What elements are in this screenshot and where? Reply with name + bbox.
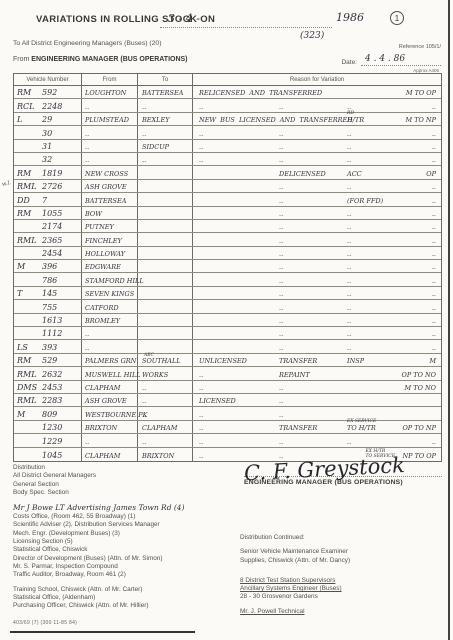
from-garage: .. [85, 103, 89, 111]
reason-text: .. [279, 210, 283, 218]
reason-text: .. [279, 250, 283, 258]
distribution-line: 28 - 30 Grosvenor Gardens [240, 593, 450, 601]
reason-text: .. [279, 438, 283, 446]
reason-text: UNLICENSED [199, 357, 247, 365]
col-header-vehicle-number: Vehicle Number [14, 74, 82, 85]
distribution-line: General Section [13, 481, 239, 489]
vehicle-number: 396 [42, 262, 57, 271]
table-row: 2174PUTNEY...... [14, 220, 441, 233]
status-code: .. [432, 237, 436, 245]
vehicle-class-prefix: RML [17, 182, 37, 191]
table-row: RCL2248............ [14, 99, 441, 112]
to-garage: .. [142, 397, 146, 405]
status-code: M TO NP [405, 116, 436, 124]
vehicle-number: 30 [42, 129, 52, 138]
from-garage: EDGWARE [85, 263, 121, 271]
reason-text: .. [347, 103, 351, 111]
status-code: .. [432, 130, 436, 138]
reason-text: .. [279, 103, 283, 111]
table-row: LS393........ [14, 340, 441, 353]
distribution-line: Licensing Section (5) [13, 538, 239, 546]
from-garage: .. [85, 330, 89, 338]
status-code: .. [432, 143, 436, 151]
reason-text: .. [347, 263, 351, 271]
vehicle-class-prefix: LS [17, 343, 28, 352]
to-garage: BATTERSEA [142, 89, 183, 97]
table-row: RML2365FINCHLEY...... [14, 233, 441, 246]
reason-text: .. [279, 330, 283, 338]
vehicle-number: 145 [42, 289, 57, 298]
col-header-to: To [138, 74, 193, 85]
reason-text: .. [279, 384, 283, 392]
reason-text: .. [199, 384, 203, 392]
to-garage: SIDCUP [142, 143, 169, 151]
vehicle-class-prefix: M [17, 262, 25, 271]
vehicle-number: 755 [42, 303, 57, 312]
reference-label: Reference 105/1/ [399, 44, 441, 50]
vehicle-number: 1613 [42, 316, 62, 325]
distribution-line: Mr J Bowe LT Advertising James Town Rd (… [13, 503, 239, 513]
reason-text: .. [279, 411, 283, 419]
vehicle-class-prefix: M [17, 410, 25, 419]
distribution-line: Purchasing Officer, Chiswick (Attn. of M… [13, 602, 239, 610]
reason-text: TRANSFER [279, 357, 317, 365]
distribution-line: All District General Managers [13, 472, 239, 480]
reason-text: .. [347, 183, 351, 191]
status-code: .. [432, 250, 436, 258]
reason-text: .. [279, 197, 283, 205]
distribution-line: Ancillary Systems Engineer (Buses) [240, 585, 450, 593]
status-code: .. [432, 317, 436, 325]
to-garage: BEXLEY [142, 116, 170, 124]
reason-text: .. [279, 223, 283, 231]
table-row: 755CATFORD...... [14, 300, 441, 313]
reason-text: .. [347, 304, 351, 312]
reason-text: .. [279, 304, 283, 312]
vehicle-number: 2726 [42, 182, 62, 191]
table-row: 1112........ [14, 327, 441, 340]
distribution-line: Distribution Continued: [240, 534, 450, 542]
reason-text: TO H/TR [347, 424, 376, 432]
status-code: .. [432, 344, 436, 352]
reason-text: .. [347, 156, 351, 164]
distribution-line: Training School, Chiswick (Attn. of Mr. … [13, 586, 239, 594]
table-row: 31..SIDCUP........ [14, 140, 441, 153]
vehicle-class-prefix: RM [17, 169, 31, 178]
vehicle-number: 2365 [42, 236, 62, 245]
from-garage: SEVEN KINGS [85, 290, 134, 298]
vehicle-class-prefix: RML [17, 236, 37, 245]
from-garage: STAMFORD HILL [85, 277, 144, 285]
to-garage: CLAPHAM [142, 424, 177, 432]
vehicle-class-prefix: RML [17, 370, 37, 379]
scanned-memo-page: VARIATIONS IN ROLLING STOCK ON 3 - 4 - 1… [0, 0, 453, 640]
status-code: .. [432, 223, 436, 231]
distribution-line: Statistical Office, (Aldenham) [13, 594, 239, 602]
reason-text: .. [279, 156, 283, 164]
reason-text: .. [279, 317, 283, 325]
reason-text: .. [279, 183, 283, 191]
table-row: 30............ [14, 126, 441, 139]
status-code: OP [426, 170, 436, 178]
vehicle-number: 29 [42, 115, 52, 124]
distribution-line: Costs Office, (Room 462, 55 Broadway) (1… [13, 513, 239, 521]
reason-text: .. [279, 290, 283, 298]
to-garage: .. [142, 156, 146, 164]
table-row: RM1055BOW...... [14, 207, 441, 220]
reason-text: TRANSFER [279, 424, 317, 432]
vehicle-class-prefix: T [17, 289, 22, 298]
vehicle-class-prefix: DD [17, 196, 30, 205]
col-header-from: From [82, 74, 138, 85]
from-label: From [13, 56, 29, 63]
from-garage: CLAPHAM [85, 384, 120, 392]
reason-text: .. [347, 330, 351, 338]
vehicle-class-prefix: RML [17, 396, 37, 405]
from-garage: .. [85, 438, 89, 446]
date-line: Date: 4 . 4 . 86 [341, 54, 441, 66]
reason-text: .. [199, 438, 203, 446]
table-body: RM592LOUGHTONBATTERSEARELICENSED AND TRA… [14, 86, 441, 461]
form-number: 403/69 (7) (300 11-85 84) [13, 620, 77, 626]
reason-text: .. [279, 344, 283, 352]
scan-edge [10, 631, 195, 633]
table-row: L29PLUMSTEADBEXLEYNEW BUS LICENSED AND T… [14, 113, 441, 126]
distribution-line: Mr. S. Parmar, Inspection Compound [13, 563, 239, 571]
vehicle-class-prefix: RM [17, 356, 31, 365]
table-row: 32............ [14, 153, 441, 166]
table-row: RML2283ASH GROVE..LICENSED.. [14, 394, 441, 407]
table-row: RM1819NEW CROSSDELICENSEDACCOP [14, 166, 441, 179]
vehicle-class-prefix: RCL [17, 102, 34, 111]
vehicle-class-prefix: RM [17, 209, 31, 218]
reason-text: .. [199, 411, 203, 419]
to-garage: SOUTHALL [142, 357, 181, 365]
reason-text: .. [347, 317, 351, 325]
reason-text: .. [199, 130, 203, 138]
vehicle-number: 1819 [42, 169, 62, 178]
distribution-line: Distribution [13, 464, 239, 472]
vehicle-number: 2283 [42, 396, 62, 405]
margin-note: w.l. [1, 180, 11, 188]
vehicle-number: 7 [42, 196, 47, 205]
reason-text: REPAINT [279, 371, 310, 379]
distribution-line: Senior Vehicle Maintenance Examiner [240, 548, 450, 556]
table-row: T145SEVEN KINGS...... [14, 287, 441, 300]
table-row: M809WESTBOURNE PK...... [14, 407, 441, 420]
status-code: .. [432, 210, 436, 218]
distribution-line: Director of Development (Buses) (Attn. o… [13, 555, 239, 563]
from-garage: PALMERS GRN [85, 357, 136, 365]
status-code: .. [432, 103, 436, 111]
status-code: .. [432, 290, 436, 298]
from-garage: .. [85, 156, 89, 164]
to-garage: BRIXTON [142, 452, 174, 460]
to-garage: WORKS [142, 371, 168, 379]
from-garage: CLAPHAM [85, 452, 120, 460]
from-garage: MUSWELL HILL [85, 371, 141, 379]
reason-text: .. [199, 103, 203, 111]
vehicle-number: 32 [42, 155, 52, 164]
vehicle-number: 1230 [42, 423, 62, 432]
reason-text: .. [199, 371, 203, 379]
from-line: From ENGINEERING MANAGER (BUS OPERATIONS… [13, 56, 188, 63]
reason-text: (FOR FFD) [347, 197, 383, 205]
table-row: DD7BATTERSEA..(FOR FFD).. [14, 193, 441, 206]
signature-block: C. F. Greystock ENGINEERING MANAGER (BUS… [244, 456, 449, 486]
from-garage: ASH GROVE [85, 183, 127, 191]
status-code: .. [432, 183, 436, 191]
col-header-reason: Reason for Variation [193, 74, 441, 85]
status-code: .. [432, 277, 436, 285]
reason-text: .. [279, 397, 283, 405]
from-garage: .. [85, 143, 89, 151]
vehicle-class-prefix: RM [17, 88, 31, 97]
distribution-line: Statistical Office, Chiswick [13, 546, 239, 554]
reason-annotation: EX SERVICE [347, 420, 376, 425]
reason-text: .. [347, 438, 351, 446]
vehicle-number: 1229 [42, 437, 62, 446]
reason-text: .. [347, 210, 351, 218]
table-row: 1229............ [14, 434, 441, 447]
distribution-line: Body Spec. Section [13, 489, 239, 497]
from-garage: PUTNEY [85, 223, 114, 231]
distribution-line: 8 District Test Station Supervisors [240, 577, 450, 585]
vehicle-class-prefix: L [17, 115, 22, 124]
distribution-right-column: Distribution Continued:Senior Vehicle Ma… [240, 534, 450, 616]
reason-text: INSP [347, 357, 364, 365]
distribution-left-column: DistributionAll District General Manager… [13, 464, 239, 610]
table-row: RM592LOUGHTONBATTERSEARELICENSED AND TRA… [14, 86, 441, 99]
status-code: .. [432, 197, 436, 205]
to-garage: .. [142, 438, 146, 446]
from-garage: .. [85, 130, 89, 138]
reason-text: .. [199, 156, 203, 164]
distribution-line: Traffic Auditor, Broadway, Room 461 (2) [13, 571, 239, 579]
from-garage: BROMLEY [85, 317, 120, 325]
vehicle-number: 1045 [42, 451, 62, 460]
reason-text: .. [347, 344, 351, 352]
vehicle-number: 592 [42, 88, 57, 97]
date-dotted-line [160, 27, 332, 28]
reason-text: NEW BUS LICENSED AND TRANSFERRED [199, 116, 352, 124]
table-row: 1230BRIXTONCLAPHAM..TRANSFERTO H/TROP TO… [14, 421, 441, 434]
from-garage: HOLLOWAY [85, 250, 125, 258]
vehicle-number: 31 [42, 142, 52, 151]
status-code: M [429, 357, 436, 365]
reason-text: .. [347, 237, 351, 245]
reason-text: .. [199, 143, 203, 151]
status-code: .. [432, 156, 436, 164]
status-code: .. [432, 304, 436, 312]
vehicle-number: 809 [42, 410, 57, 419]
handwritten-date: 4 . 4 . 86 [361, 54, 441, 66]
table-row: DMS2453CLAPHAM......M TO NO [14, 381, 441, 394]
reason-text: .. [199, 424, 203, 432]
distribution-line: Mech. Engr. (Development Buses) (3) [13, 530, 239, 538]
vehicle-number: 786 [42, 276, 57, 285]
vehicle-number: 2248 [42, 102, 62, 111]
distribution-line: Scientific Adviser (2), Distribution Ser… [13, 521, 239, 529]
reason-text: ACC [347, 170, 362, 178]
vehicle-number: 2453 [42, 383, 62, 392]
vehicle-number: 1112 [42, 329, 62, 338]
table-row: 786STAMFORD HILL...... [14, 273, 441, 286]
from-garage: ASH GROVE [85, 397, 127, 405]
status-code: .. [432, 438, 436, 446]
reason-text: .. [279, 237, 283, 245]
handwritten-sheet-number: (323) [300, 31, 324, 41]
from-garage: NEW CROSS [85, 170, 128, 178]
from-value: ENGINEERING MANAGER (BUS OPERATIONS) [31, 56, 187, 63]
from-garage: PLUMSTEAD [85, 116, 129, 124]
date-label: Date: [341, 59, 357, 66]
from-garage: BOW [85, 210, 102, 218]
from-garage: LOUGHTON [85, 89, 126, 97]
reason-text: .. [347, 130, 351, 138]
reason-text: .. [347, 290, 351, 298]
from-garage: BATTERSEA [85, 197, 126, 205]
vehicle-number: 2454 [42, 249, 62, 258]
status-code: .. [432, 263, 436, 271]
reason-text: .. [279, 277, 283, 285]
reason-text: DELICENSED [279, 170, 326, 178]
circled-page-number: 1 [390, 11, 404, 25]
vehicle-number: 2632 [42, 370, 62, 379]
handwritten-year: 1986 [336, 11, 364, 24]
vehicle-number: 529 [42, 356, 57, 365]
table-row: RML2632MUSWELL HILLWORKS..REPAINTOP TO N… [14, 367, 441, 380]
table-row: RML2726ASH GROVE...... [14, 180, 441, 193]
reason-text: .. [199, 452, 203, 460]
reason-text: LICENSED [199, 397, 236, 405]
to-garage: .. [142, 103, 146, 111]
from-garage: CATFORD [85, 304, 119, 312]
vehicle-class-prefix: DMS [17, 383, 37, 392]
to-garage: .. [142, 411, 146, 419]
table-header: Vehicle Number From To Reason for Variat… [14, 74, 441, 86]
reason-text: .. [347, 143, 351, 151]
vehicle-number: 2174 [42, 222, 62, 231]
reason-text: RELICENSED AND TRANSFERRED [199, 89, 322, 97]
reason-text: .. [279, 263, 283, 271]
vehicle-number: 393 [42, 343, 57, 352]
table-row: M396EDGWARE...... [14, 260, 441, 273]
from-garage: BRIXTON [85, 424, 117, 432]
distribution-line: Supplies, Chiswick (Attn. of Mr. Dancy) [240, 557, 450, 565]
from-garage: .. [85, 344, 89, 352]
status-code: OP TO NO [401, 371, 436, 379]
rolling-stock-table: Vehicle Number From To Reason for Variat… [13, 73, 442, 462]
reason-text: H/TR [347, 116, 364, 124]
status-code: M TO NO [405, 384, 436, 392]
reason-text: .. [279, 143, 283, 151]
status-code: OP TO NP [402, 424, 436, 432]
from-garage: FINCHLEY [85, 237, 122, 245]
table-row: 2454HOLLOWAY...... [14, 247, 441, 260]
status-code: .. [432, 330, 436, 338]
reason-text: .. [347, 250, 351, 258]
handwritten-day-month: 3 - 4 - [168, 12, 200, 25]
to-garage: .. [142, 130, 146, 138]
table-row: RM529PALMERS GRNAECSOUTHALLUNLICENSEDTRA… [14, 354, 441, 367]
reason-text: .. [347, 277, 351, 285]
to-line: To All District Engineering Managers (Bu… [13, 40, 161, 47]
to-garage: .. [142, 384, 146, 392]
reason-annotation: RD [347, 112, 354, 117]
status-code: M TO OP [406, 89, 436, 97]
reason-text: .. [279, 130, 283, 138]
vehicle-number: 1055 [42, 209, 62, 218]
table-row: 1613BROMLEY...... [14, 314, 441, 327]
reason-text: .. [347, 223, 351, 231]
distribution-line: Mr. J. Powell Technical [240, 608, 450, 616]
